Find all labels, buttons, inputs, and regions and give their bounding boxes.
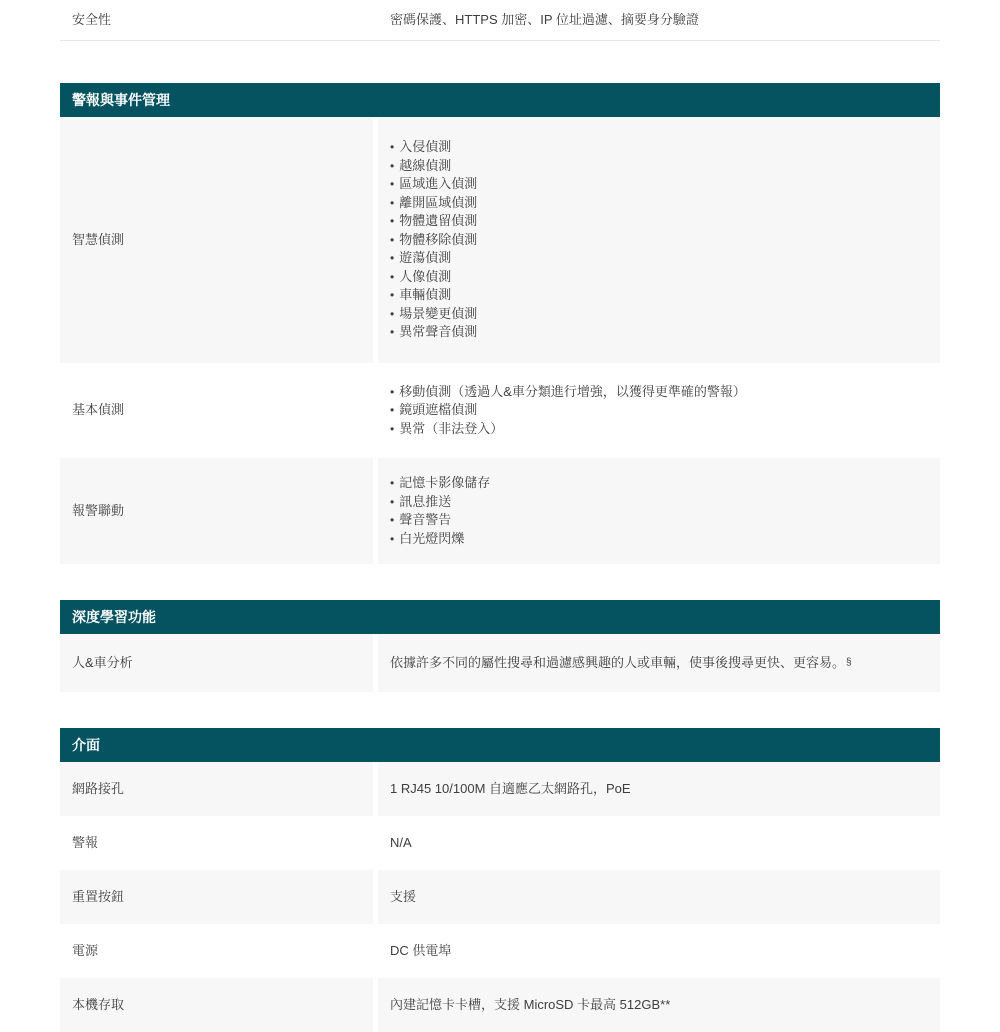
section-deep-learning: 深度學習功能 人&車分析 依據許多不同的屬性搜尋和過濾感興趣的人或車輛，使事後搜…	[60, 600, 940, 692]
spec-label: 安全性	[60, 0, 373, 40]
spec-value: 依據許多不同的屬性搜尋和過濾感興趣的人或車輛，使事後搜尋更快、更容易。§	[378, 634, 940, 692]
spec-label: 本機存取	[60, 978, 373, 1000]
spec-label: 重置按鈕	[60, 870, 373, 924]
spec-label: 電源	[60, 924, 373, 978]
bullet-item: 物體移除偵測	[390, 231, 477, 250]
spec-row: 報警聯動 記憶卡影像儲存 訊息推送 聲音警告 白光燈閃爍	[60, 458, 940, 564]
spec-value: 內建記憶卡卡槽，支援 MicroSD 卡最高 512GB**	[378, 978, 940, 1000]
bullet-item: 訊息推送	[390, 493, 490, 512]
spec-row: 人&車分析 依據許多不同的屬性搜尋和過濾感興趣的人或車輛，使事後搜尋更快、更容易…	[60, 634, 940, 692]
spec-row: 重置按鈕 支援	[60, 870, 940, 924]
spec-label: 人&車分析	[60, 634, 373, 692]
spec-row: 警報 N/A	[60, 816, 940, 870]
spec-label: 報警聯動	[60, 458, 373, 564]
bullet-list: 移動偵測（透過人&車分類進行增強，以獲得更準確的警報） 鏡頭遮檔偵測 異常（非法…	[390, 383, 746, 439]
spec-row: 網路接孔 1 RJ45 10/100M 自適應乙太網路孔，PoE	[60, 762, 940, 816]
section-interface: 介面 網路接孔 1 RJ45 10/100M 自適應乙太網路孔，PoE 警報 N…	[60, 728, 940, 1000]
bullet-item: 異常聲音偵測	[390, 323, 477, 342]
bullet-item: 遊蕩偵測	[390, 249, 477, 268]
spec-value: 支援	[378, 870, 940, 924]
bullet-item: 聲音警告	[390, 511, 490, 530]
section-header: 警報與事件管理	[60, 83, 940, 117]
spec-label: 網路接孔	[60, 762, 373, 816]
spec-table: 安全性 密碼保護、HTTPS 加密、IP 位址過濾、摘要身分驗證 警報與事件管理…	[60, 0, 940, 1000]
bullet-item: 離開區域偵測	[390, 194, 477, 213]
spec-label: 基本偵測	[60, 363, 373, 459]
spec-label: 警報	[60, 816, 373, 870]
spec-row: 本機存取 內建記憶卡卡槽，支援 MicroSD 卡最高 512GB**	[60, 978, 940, 1000]
bullet-item: 移動偵測（透過人&車分類進行增強，以獲得更準確的警報）	[390, 383, 746, 402]
bullet-item: 記憶卡影像儲存	[390, 474, 490, 493]
bullet-item: 人像偵測	[390, 268, 477, 287]
bullet-item: 區域進入偵測	[390, 175, 477, 194]
spec-row: 電源 DC 供電埠	[60, 924, 940, 978]
bullet-item: 鏡頭遮檔偵測	[390, 401, 746, 420]
spec-value: 移動偵測（透過人&車分類進行增強，以獲得更準確的警報） 鏡頭遮檔偵測 異常（非法…	[378, 363, 940, 459]
spec-value: 入侵偵測 越線偵測 區域進入偵測 離開區域偵測 物體遺留偵測 物體移除偵測 遊蕩…	[378, 117, 940, 363]
spec-value: 記憶卡影像儲存 訊息推送 聲音警告 白光燈閃爍	[378, 458, 940, 564]
bullet-item: 車輛偵測	[390, 286, 477, 305]
spec-value-text: 依據許多不同的屬性搜尋和過濾感興趣的人或車輛，使事後搜尋更快、更容易。	[390, 654, 845, 672]
bullet-item: 場景變更偵測	[390, 305, 477, 324]
spec-value: 1 RJ45 10/100M 自適應乙太網路孔，PoE	[378, 762, 940, 816]
section-alarm-event: 警報與事件管理 智慧偵測 入侵偵測 越線偵測 區域進入偵測 離開區域偵測 物體遺…	[60, 83, 940, 564]
bullet-item: 越線偵測	[390, 157, 477, 176]
bullet-item: 白光燈閃爍	[390, 530, 490, 549]
bullet-list: 記憶卡影像儲存 訊息推送 聲音警告 白光燈閃爍	[390, 474, 490, 548]
spec-row: 基本偵測 移動偵測（透過人&車分類進行增強，以獲得更準確的警報） 鏡頭遮檔偵測 …	[60, 363, 940, 459]
bullet-list: 入侵偵測 越線偵測 區域進入偵測 離開區域偵測 物體遺留偵測 物體移除偵測 遊蕩…	[390, 138, 477, 342]
bullet-item: 異常（非法登入）	[390, 420, 746, 439]
bullet-item: 物體遺留偵測	[390, 212, 477, 231]
spec-value: 密碼保護、HTTPS 加密、IP 位址過濾、摘要身分驗證	[378, 0, 940, 40]
bullet-item: 入侵偵測	[390, 138, 477, 157]
spec-row: 智慧偵測 入侵偵測 越線偵測 區域進入偵測 離開區域偵測 物體遺留偵測 物體移除…	[60, 117, 940, 363]
section-header: 介面	[60, 728, 940, 762]
section-header: 深度學習功能	[60, 600, 940, 634]
spec-value: N/A	[378, 816, 940, 870]
spec-value: DC 供電埠	[378, 924, 940, 978]
spec-label: 智慧偵測	[60, 117, 373, 363]
spec-row: 安全性 密碼保護、HTTPS 加密、IP 位址過濾、摘要身分驗證	[60, 0, 940, 41]
